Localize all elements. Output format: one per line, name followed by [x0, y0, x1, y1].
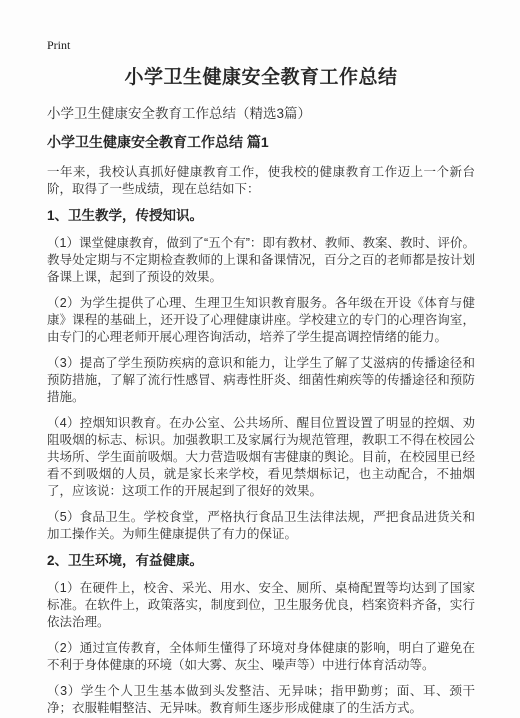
print-link[interactable]: Print — [47, 38, 70, 52]
section-1-paragraph-2: （2）为学生提供了心理、生理卫生知识教育服务。各年级在开设《体育与健康》课程的基… — [47, 295, 475, 346]
intro-paragraph: 一年来，我校认真抓好健康教育工作，使我校的健康教育工作迈上一个新台阶，取得了一些… — [47, 164, 475, 198]
section-2-paragraph-3: （3）学生个人卫生基本做到头发整洁、无异味；指甲勤剪；面、耳、颈干净；衣服鞋帽整… — [47, 683, 475, 717]
section-1-paragraph-5: （5）食品卫生。学校食堂，严格执行食品卫生法律法规，严把食品进货关和加工操作关。… — [47, 509, 475, 543]
section-2-paragraph-1: （1）在硬件上，校舍、采光、用水、安全、厕所、桌椅配置等均达到了国家标准。在软件… — [47, 580, 475, 631]
section-1-paragraph-1: （1）课堂健康教育，做到了“五个有”：即有教材、教师、教案、教时、评价。教导处定… — [47, 235, 475, 286]
section-1-paragraph-4: （4）控烟知识教育。在办公室、公共场所、醒目位置设置了明显的控烟、劝阻吸烟的标志… — [47, 415, 475, 500]
section-1-paragraph-3: （3）提高了学生预防疾病的意识和能力，让学生了解了艾滋病的传播途径和预防措施，了… — [47, 355, 475, 406]
document-page: Print 小学卫生健康安全教育工作总结 小学卫生健康安全教育工作总结（精选3篇… — [0, 0, 520, 718]
section-2-heading: 2、卫生环境，有益健康。 — [47, 552, 475, 569]
section-2-paragraph-2: （2）通过宣传教育，全体师生懂得了环境对身体健康的影响，明白了避免在不利于身体健… — [47, 640, 475, 674]
article-1-heading: 小学卫生健康安全教育工作总结 篇1 — [47, 134, 475, 151]
page-title: 小学卫生健康安全教育工作总结 — [47, 65, 475, 90]
section-1-heading: 1、卫生教学，传授知识。 — [47, 207, 475, 224]
doc-subtitle: 小学卫生健康安全教育工作总结（精选3篇） — [47, 105, 475, 122]
